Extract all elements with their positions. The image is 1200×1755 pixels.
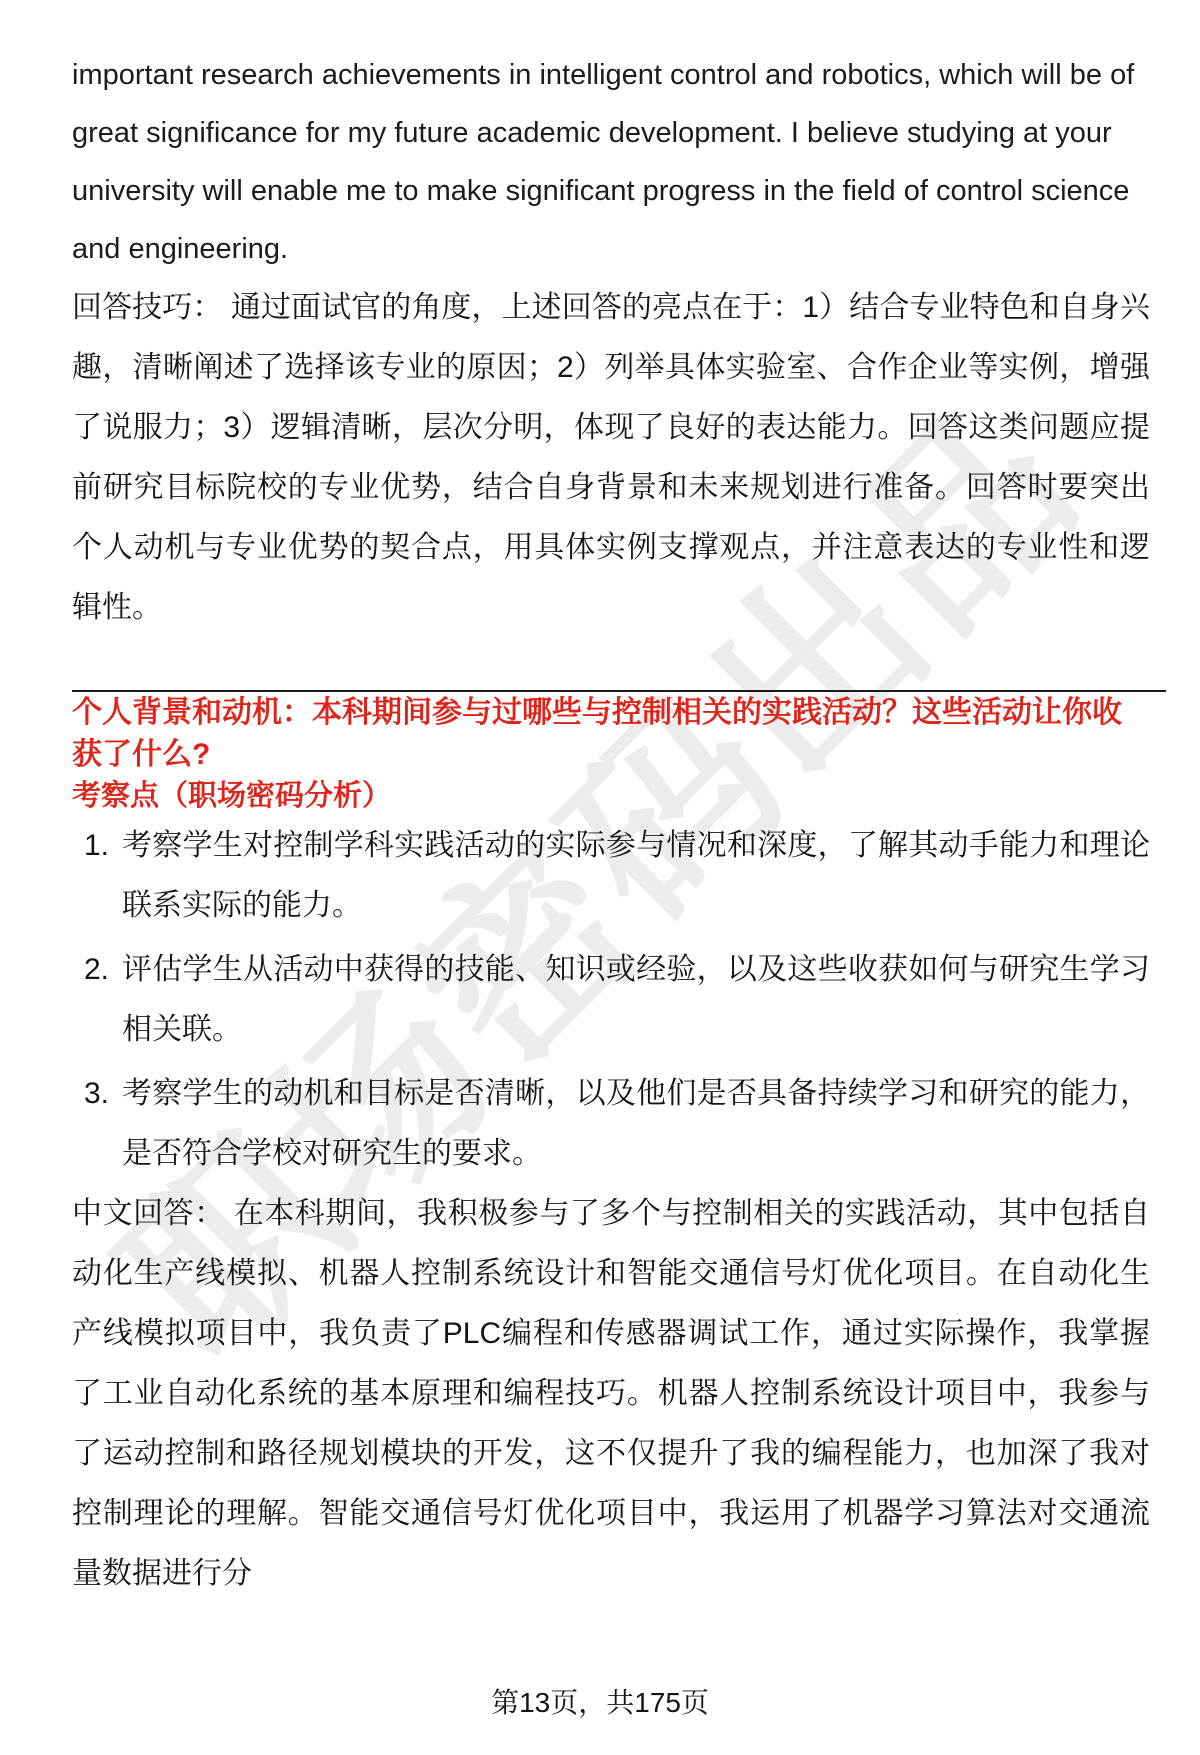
- page-content: important research achievements in intel…: [0, 0, 1200, 1604]
- analysis-points-list: 1. 考察学生对控制学科实践活动的实际参与情况和深度，了解其动手能力和理论联系实…: [72, 816, 1150, 1184]
- list-item-text: 考察学生的动机和目标是否清晰，以及他们是否具备持续学习和研究的能力，是否符合学校…: [122, 1077, 1150, 1170]
- question-heading: 个人背景和动机：本科期间参与过哪些与控制相关的实践活动？这些活动让你收获了什么?: [72, 692, 1150, 776]
- answer-tips-paragraph: 回答技巧： 通过面试官的角度，上述回答的亮点在于：1）结合专业特色和自身兴趣，清…: [72, 278, 1150, 638]
- document-page: 职场密码出品 important research achievements i…: [0, 0, 1200, 1755]
- list-item: 1. 考察学生对控制学科实践活动的实际参与情况和深度，了解其动手能力和理论联系实…: [72, 816, 1150, 936]
- list-item: 3. 考察学生的动机和目标是否清晰，以及他们是否具备持续学习和研究的能力，是否符…: [72, 1064, 1150, 1184]
- analysis-heading: 考察点（职场密码分析）: [72, 776, 1150, 816]
- list-item-number: 3.: [84, 1064, 109, 1124]
- page-footer: 第13页，共175页: [0, 1686, 1200, 1720]
- list-item-number: 2.: [84, 940, 109, 1000]
- list-item-number: 1.: [84, 816, 109, 876]
- list-item: 2. 评估学生从活动中获得的技能、知识或经验，以及这些收获如何与研究生学习相关联…: [72, 940, 1150, 1060]
- list-item-text: 考察学生对控制学科实践活动的实际参与情况和深度，了解其动手能力和理论联系实际的能…: [122, 829, 1150, 922]
- english-paragraph: important research achievements in intel…: [72, 46, 1150, 278]
- chinese-answer-paragraph: 中文回答： 在本科期间，我积极参与了多个与控制相关的实践活动，其中包括自动化生产…: [72, 1184, 1150, 1604]
- list-item-text: 评估学生从活动中获得的技能、知识或经验，以及这些收获如何与研究生学习相关联。: [122, 953, 1150, 1046]
